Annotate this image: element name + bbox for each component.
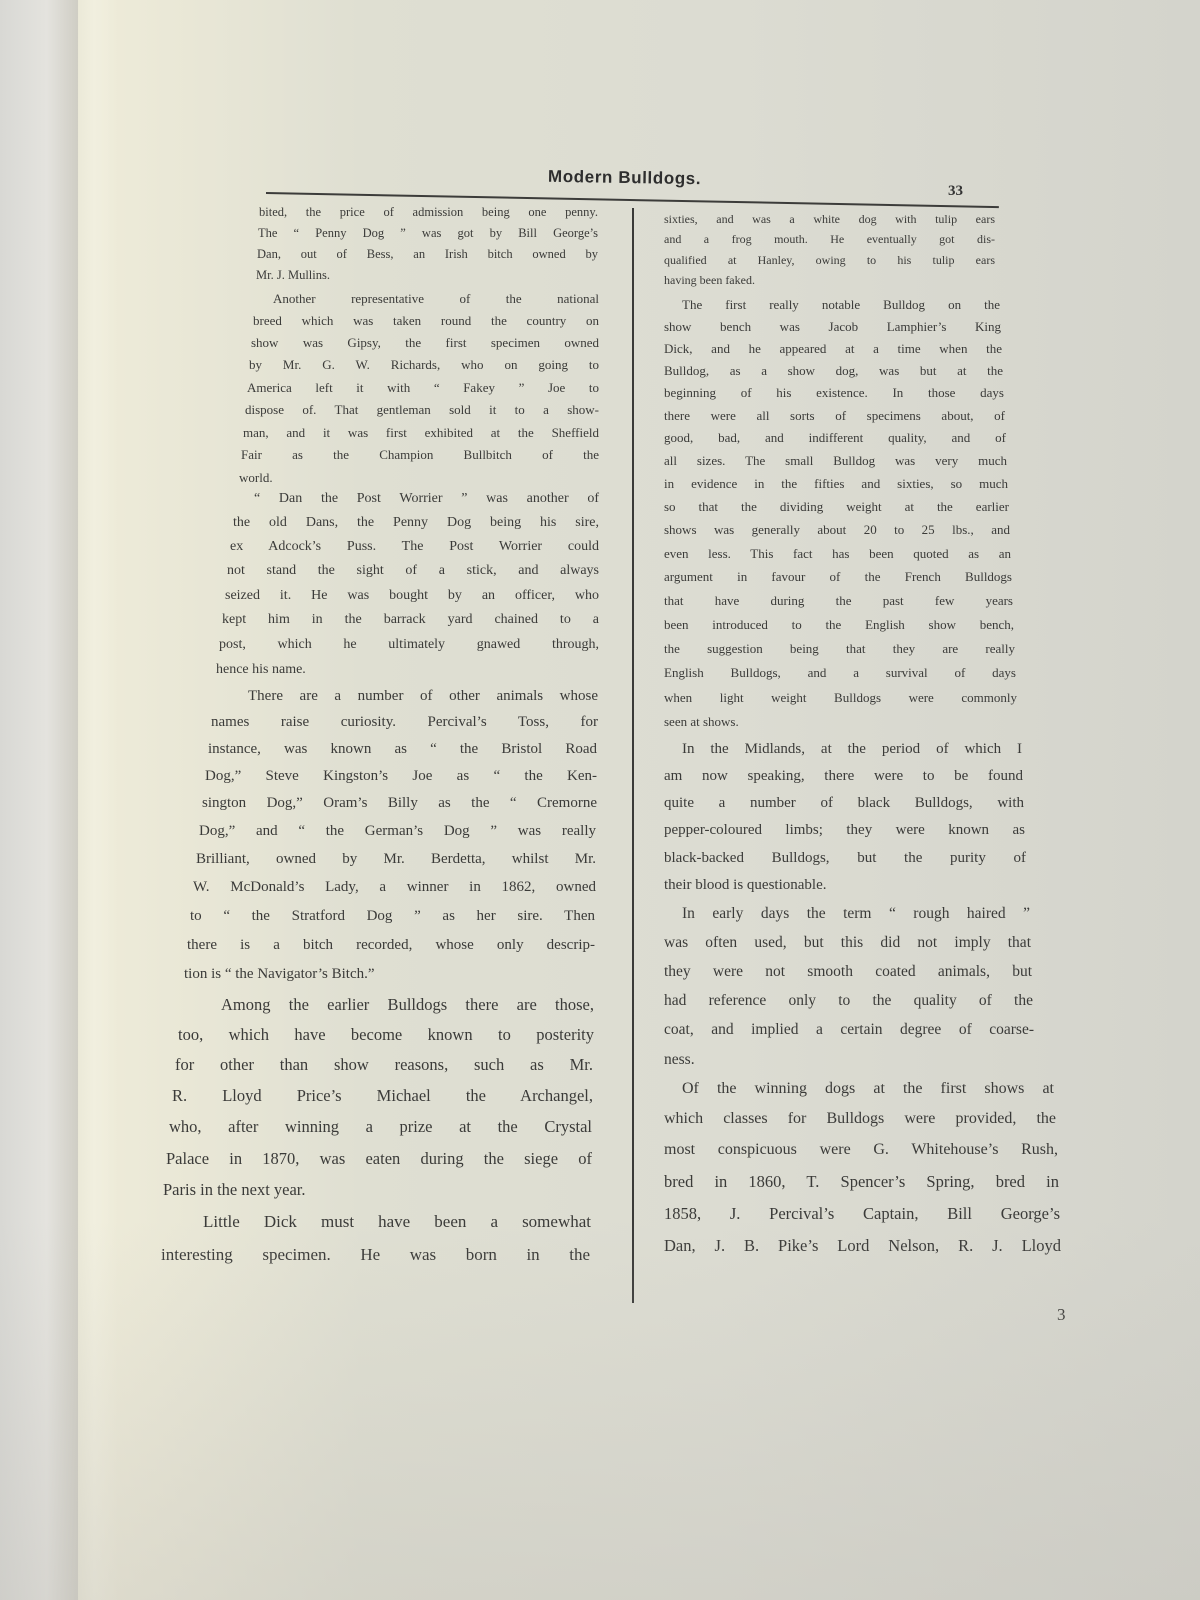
text-line: they were not smooth coated animals, but xyxy=(664,963,1032,981)
text-line: their blood is questionable. xyxy=(664,877,1027,894)
text-line: man, and it was first exhibited at the S… xyxy=(243,425,599,441)
text-line: having been faked. xyxy=(664,273,995,288)
text-line: too, which have become known to posterit… xyxy=(178,1025,594,1045)
text-line: show bench was Jacob Lamphier’s King xyxy=(664,319,1001,335)
text-line: qualified at Hanley, owing to his tulip … xyxy=(664,253,995,268)
text-line: sixties, and was a white dog with tulip … xyxy=(664,212,995,227)
text-line: America left it with “ Fakey ” Joe to xyxy=(247,380,599,396)
text-line: who, after winning a prize at the Crysta… xyxy=(169,1117,592,1137)
text-line: Dick, and he appeared at a time when the xyxy=(664,341,1002,357)
text-line: world. xyxy=(239,470,599,486)
text-line: “ Dan the Post Worrier ” was another of xyxy=(254,491,599,507)
text-line: interesting specimen. He was born in the xyxy=(161,1245,590,1265)
text-line: Dan, J. B. Pike’s Lord Nelson, R. J. Llo… xyxy=(664,1236,1061,1256)
text-line: ness. xyxy=(664,1051,1034,1069)
text-line: quite a number of black Bulldogs, with xyxy=(664,795,1024,812)
text-line: In early days the term “ rough haired ” xyxy=(682,905,1030,923)
text-line: pepper-coloured limbs; they were known a… xyxy=(664,822,1025,839)
text-line: was often used, but this did not imply t… xyxy=(664,934,1031,952)
signature-mark: 3 xyxy=(1057,1305,1066,1325)
column-divider xyxy=(632,208,634,1303)
text-line: The “ Penny Dog ” was got by Bill George… xyxy=(258,226,598,241)
text-line: English Bulldogs, and a survival of days xyxy=(664,665,1016,681)
text-line: Dog,” and “ the German’s Dog ” was reall… xyxy=(199,823,596,840)
text-line: had reference only to the quality of the xyxy=(664,992,1033,1010)
text-line: There are a number of other animals whos… xyxy=(248,688,598,705)
text-line: coat, and implied a certain degree of co… xyxy=(664,1021,1034,1039)
text-line: not stand the sight of a stick, and alwa… xyxy=(227,563,599,579)
text-line: am now speaking, there were to be found xyxy=(664,768,1023,785)
text-line: seen at shows. xyxy=(664,714,1017,730)
text-line: hence his name. xyxy=(216,662,599,678)
text-line: In the Midlands, at the period of which … xyxy=(682,741,1022,758)
text-line: seized it. He was bought by an officer, … xyxy=(225,588,599,604)
text-line: Bulldog, as a show dog, was but at the xyxy=(664,363,1003,379)
text-line: for other than show reasons, such as Mr. xyxy=(175,1055,593,1075)
text-line: Fair as the Champion Bullbitch of the xyxy=(241,447,599,463)
text-line: there were all sorts of specimens about,… xyxy=(664,408,1005,424)
text-line: argument in favour of the French Bulldog… xyxy=(664,569,1012,585)
text-line: the suggestion being that they are reall… xyxy=(664,641,1015,657)
page-number: 33 xyxy=(948,183,963,200)
text-line: tion is “ the Navigator’s Bitch.” xyxy=(184,966,595,983)
text-line: all sizes. The small Bulldog was very mu… xyxy=(664,453,1007,469)
facing-page-edge xyxy=(0,0,78,1600)
text-line: names raise curiosity. Percival’s Toss, … xyxy=(211,714,598,731)
text-line: to “ the Stratford Dog ” as her sire. Th… xyxy=(190,908,595,925)
text-line: bited, the price of admission being one … xyxy=(259,205,598,220)
text-line: been introduced to the English show benc… xyxy=(664,617,1014,633)
text-line: which classes for Bulldogs were provided… xyxy=(664,1110,1056,1128)
text-line: when light weight Bulldogs were commonly xyxy=(664,690,1017,706)
text-line: good, bad, and indifferent quality, and … xyxy=(664,430,1006,446)
text-line: shows was generally about 20 to 25 lbs.,… xyxy=(664,522,1010,538)
text-line: W. McDonald’s Lady, a winner in 1862, ow… xyxy=(193,879,596,896)
text-line: Among the earlier Bulldogs there are tho… xyxy=(221,995,594,1015)
text-line: Paris in the next year. xyxy=(163,1180,591,1200)
text-line: the old Dans, the Penny Dog being his si… xyxy=(233,515,599,531)
bottom-shadow xyxy=(0,1220,1200,1600)
text-line: post, which he ultimately gnawed through… xyxy=(219,637,599,653)
text-line: there is a bitch recorded, whose only de… xyxy=(187,937,595,954)
text-line: in evidence in the fifties and sixties, … xyxy=(664,476,1008,492)
running-title: Modern Bulldogs. xyxy=(548,167,701,189)
text-line: kept him in the barrack yard chained to … xyxy=(222,612,599,628)
text-line: sington Dog,” Oram’s Billy as the “ Crem… xyxy=(202,795,597,812)
text-line: Brilliant, owned by Mr. Berdetta, whilst… xyxy=(196,851,596,868)
text-line: most conspicuous were G. Whitehouse’s Ru… xyxy=(664,1141,1058,1159)
text-line: black-backed Bulldogs, but the purity of xyxy=(664,850,1026,867)
text-line: and a frog mouth. He eventually got dis- xyxy=(664,232,995,247)
text-line: dispose of. That gentleman sold it to a … xyxy=(245,402,599,418)
text-line: by Mr. G. W. Richards, who on going to xyxy=(249,357,599,373)
text-line: Little Dick must have been a somewhat xyxy=(203,1212,591,1232)
text-line: Mr. J. Mullins. xyxy=(256,268,598,283)
text-line: Another representative of the national xyxy=(273,291,599,307)
text-line: Of the winning dogs at the first shows a… xyxy=(682,1080,1054,1098)
text-line: so that the dividing weight at the earli… xyxy=(664,499,1009,515)
text-line: instance, was known as “ the Bristol Roa… xyxy=(208,741,597,758)
text-line: breed which was taken round the country … xyxy=(253,313,599,329)
text-line: ex Adcock’s Puss. The Post Worrier could xyxy=(230,539,599,555)
text-line: Dog,” Steve Kingston’s Joe as “ the Ken- xyxy=(205,768,597,785)
text-line: show was Gipsy, the first specimen owned xyxy=(251,335,599,351)
text-line: that have during the past few years xyxy=(664,593,1013,609)
text-line: 1858, J. Percival’s Captain, Bill George… xyxy=(664,1204,1060,1224)
gutter-shadow xyxy=(78,0,118,1600)
text-line: even less. This fact has been quoted as … xyxy=(664,546,1011,562)
text-line: Palace in 1870, was eaten during the sie… xyxy=(166,1149,592,1169)
text-line: R. Lloyd Price’s Michael the Archangel, xyxy=(172,1086,593,1106)
text-line: Dan, out of Bess, an Irish bitch owned b… xyxy=(257,247,598,262)
text-line: The first really notable Bulldog on the xyxy=(682,297,1000,313)
text-line: beginning of his existence. In those day… xyxy=(664,385,1004,401)
text-line: bred in 1860, T. Spencer’s Spring, bred … xyxy=(664,1172,1059,1192)
